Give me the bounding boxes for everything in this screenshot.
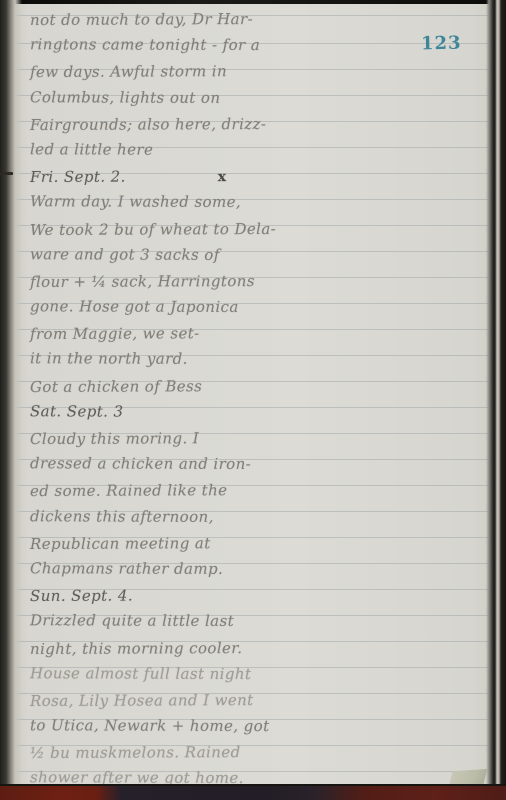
diary-text-line: it in the north yard. — [30, 346, 480, 374]
diary-date-line: Sun. Sept. 4. — [30, 581, 480, 609]
handwritten-text: Republican meeting at — [30, 534, 211, 553]
x-mark: x — [218, 164, 227, 190]
book-edge-top — [0, 0, 506, 4]
handwritten-text: Got a chicken of Bess — [30, 377, 202, 396]
book-binding-left — [0, 0, 22, 800]
diary-text-line: Fairgrounds; also here, drizz- — [30, 110, 480, 138]
handwritten-text: ringtons came tonight - for a — [30, 35, 260, 54]
handwritten-text: Drizzled quite a little last — [30, 612, 234, 631]
diary-text-line: gone. Hose got a Japonica — [30, 293, 480, 321]
page-number: 123 — [421, 33, 462, 55]
handwritten-text: to Utica, Newark + home, got — [30, 716, 270, 735]
handwritten-text: from Maggie, we set- — [30, 324, 200, 343]
diary-text-line: from Maggie, we set- — [30, 319, 480, 347]
handwritten-text: dressed a chicken and iron- — [30, 454, 251, 473]
diary-text-line: ed some. Rained like the — [30, 476, 480, 504]
diary-text-line: ringtons came tonight - for a — [30, 31, 480, 59]
handwritten-text: Sat. Sept. 3 — [30, 402, 124, 420]
diary-text-line: not do much to day, Dr Har- — [30, 5, 480, 33]
handwritten-text: ware and got 3 sacks of — [30, 245, 220, 264]
handwritten-text: dickens this afternoon, — [30, 507, 214, 526]
diary-lines: not do much to day, Dr Har-ringtons came… — [30, 6, 480, 792]
diary-text-line: ware and got 3 sacks of — [30, 241, 480, 269]
diary-text-line: Got a chicken of Bess — [30, 372, 480, 400]
diary-text-line: ½ bu muskmelons. Rained — [30, 738, 480, 766]
diary-text-line: Republican meeting at — [30, 529, 480, 557]
handwritten-text: Rosa, Lily Hosea and I went — [30, 691, 254, 710]
diary-date-line: Sat. Sept. 3 — [30, 398, 480, 426]
handwritten-text: Cloudy this moring. I — [30, 429, 199, 448]
diary-photo: not do much to day, Dr Har-ringtons came… — [0, 0, 506, 800]
diary-text-line: Cloudy this moring. I — [30, 424, 480, 452]
margin-pen-dash — [0, 172, 13, 175]
handwritten-text: Warm day. I washed some, — [30, 193, 241, 212]
diary-text-line: Warm day. I washed some, — [30, 189, 480, 217]
handwritten-text: We took 2 bu of wheat to Dela- — [30, 219, 276, 238]
diary-text-line: to Utica, Newark + home, got — [30, 712, 480, 740]
diary-text-line: Columbus, lights out on — [30, 84, 480, 112]
diary-text-line: dressed a chicken and iron- — [30, 450, 480, 478]
handwritten-text: Fri. Sept. 2. — [30, 168, 126, 186]
book-cover-bottom — [0, 784, 506, 800]
handwritten-text: Chapmans rather damp. — [30, 559, 223, 578]
diary-text-line: flour + ¼ sack, Harringtons — [30, 267, 480, 295]
diary-text-line: Rosa, Lily Hosea and I went — [30, 686, 480, 714]
diary-text-line: Drizzled quite a little last — [30, 608, 480, 636]
handwritten-text: led a little here — [30, 140, 153, 158]
diary-text-line: Chapmans rather damp. — [30, 555, 480, 583]
diary-text-line: dickens this afternoon, — [30, 503, 480, 531]
handwritten-text: Sun. Sept. 4. — [30, 587, 133, 605]
diary-text-line: night, this morning cooler. — [30, 634, 480, 662]
diary-text-line: House almost full last night — [30, 660, 480, 688]
handwritten-text: ½ bu muskmelons. Rained — [30, 743, 241, 762]
handwritten-text: House almost full last night — [30, 664, 251, 683]
handwritten-text: Columbus, lights out on — [30, 88, 220, 107]
handwritten-text: night, this morning cooler. — [30, 639, 242, 658]
handwritten-text: not do much to day, Dr Har- — [30, 10, 253, 29]
diary-text-line: We took 2 bu of wheat to Dela- — [30, 215, 480, 243]
handwritten-text: ed some. Rained like the — [30, 481, 227, 500]
handwritten-text: Fairgrounds; also here, drizz- — [30, 115, 266, 134]
page-edges-right — [486, 0, 506, 800]
handwritten-text: gone. Hose got a Japonica — [30, 297, 239, 316]
diary-date-line: Fri. Sept. 2.x — [30, 162, 480, 190]
handwritten-text: few days. Awful storm in — [30, 62, 227, 81]
handwritten-text: flour + ¼ sack, Harringtons — [30, 272, 255, 291]
diary-text-line: led a little here — [30, 136, 480, 164]
handwritten-text: it in the north yard. — [30, 350, 188, 369]
diary-text-line: few days. Awful storm in — [30, 57, 480, 85]
